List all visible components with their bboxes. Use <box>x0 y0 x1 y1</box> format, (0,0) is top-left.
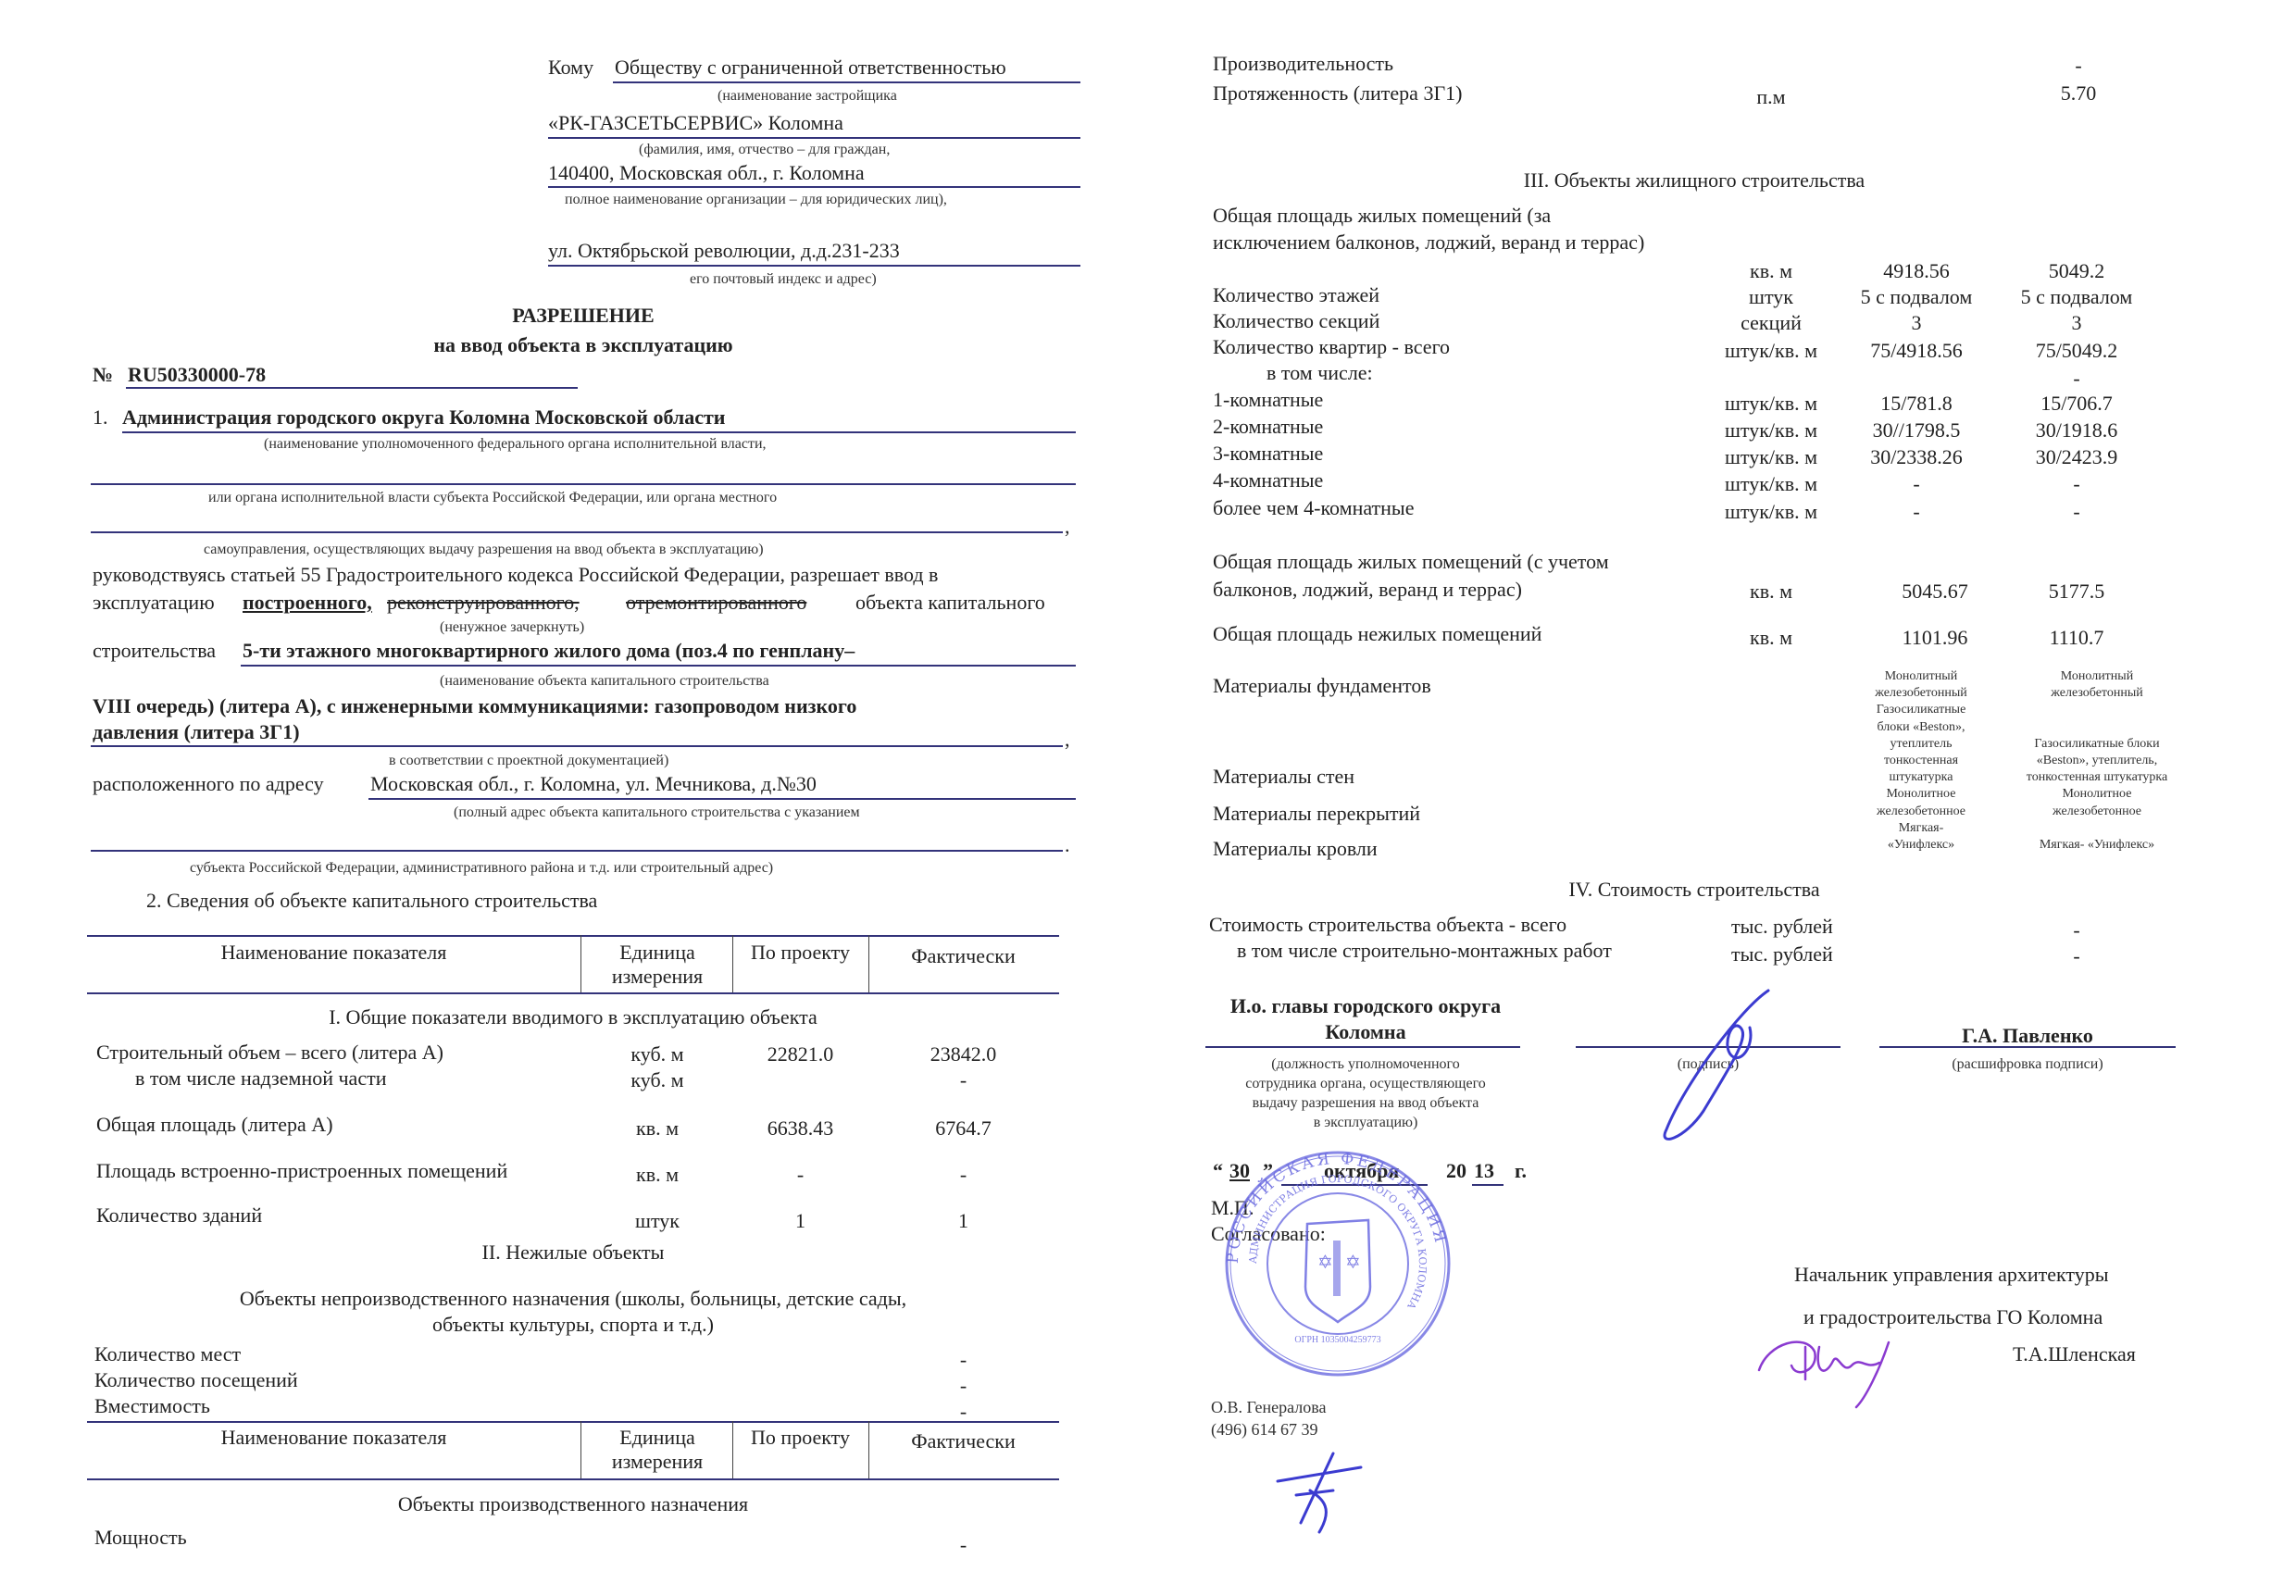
hint-object: (наименование объекта капитального строи… <box>440 672 769 691</box>
part-1-title: I. Общие показатели вводимого в эксплуат… <box>87 1005 1059 1029</box>
material-line: блоки «Beston», <box>1842 719 2000 736</box>
option-built: построенного, <box>243 591 372 615</box>
col-header-unit: Единица измерения <box>593 941 722 989</box>
materials-foundation: Материалы фундаментов <box>1213 674 1431 698</box>
col-header-unit-2: Единица измерения <box>593 1426 722 1474</box>
material-line: «Унифлекс» <box>1842 837 2000 854</box>
permit-number: RU50330000-78 <box>128 363 266 387</box>
nonprod-title-2: объекты культуры, спорта и т.д.) <box>87 1313 1059 1337</box>
paragraph-line-2-suffix: объекта капитального <box>855 591 1045 615</box>
col-header-actual: Фактически <box>868 944 1058 968</box>
signer-position-hint-3: выдачу разрешения на ввод объекта <box>1204 1094 1528 1113</box>
signer-position-hint-1: (должность уполномоченного <box>1204 1055 1528 1074</box>
col-header-name: Наименование показателя <box>87 941 580 965</box>
materials-walls: Материалы стен <box>1213 765 1354 789</box>
approver-title-1: Начальник управления архитектуры <box>1794 1263 2109 1287</box>
signer-position-2: Коломна <box>1204 1020 1528 1044</box>
object-name-line-2: VIII очередь) (литера А), с инженерными … <box>93 694 856 718</box>
material-line: Мягкая- <box>1842 820 2000 837</box>
hint-address-1: (полный адрес объекта капитального строи… <box>454 804 860 822</box>
hint-authority-c: самоуправления, осуществляющих выдачу ра… <box>204 541 764 559</box>
option-repaired: отремонтированного <box>626 591 806 615</box>
hint-org-name: полное наименование организации – для юр… <box>565 191 947 209</box>
signature-mark-icon <box>1629 972 1815 1148</box>
contact-name: О.В. Генералова <box>1211 1398 1327 1416</box>
material-line: тонкостенная штукатурка <box>2004 769 2190 786</box>
hint-postal: его почтовый индекс и адрес) <box>690 270 877 289</box>
materials-roof: Материалы кровли <box>1213 837 1378 861</box>
material-line: штукатурка <box>1842 769 2000 786</box>
address-prefix: расположенного по адресу <box>93 772 324 796</box>
object-address: Московская обл., г. Коломна, ул. Мечнико… <box>370 772 817 796</box>
svg-text:✡: ✡ <box>1317 1253 1333 1273</box>
material-line: утеплитель <box>1842 736 2000 753</box>
hint-fio: (фамилия, имя, отчество – для граждан, <box>639 141 890 159</box>
signer-position-hint-2: сотрудника органа, осуществляющего <box>1204 1075 1528 1093</box>
object-name-line-1: 5-ти этажного многоквартирного жилого до… <box>243 639 855 663</box>
svg-text:✡: ✡ <box>1345 1253 1361 1273</box>
hint-authority-a: (наименование уполномоченного федерально… <box>264 435 767 454</box>
material-line: Монолитное <box>1842 786 2000 803</box>
to-label: Кому <box>548 56 593 80</box>
right-page: Производительность - Протяженность (лите… <box>1148 0 2296 1596</box>
signer-name: Г.А. Павленко <box>1879 1024 2176 1048</box>
material-line: Монолитное <box>2004 786 2190 803</box>
material-line: железобетонный <box>1842 685 2000 702</box>
document-subtitle: на ввод объекта в эксплуатацию <box>306 333 861 357</box>
permit-number-label: № <box>93 363 113 387</box>
col-header-project: По проекту <box>732 941 868 965</box>
approver-name: Т.А.Шленская <box>2013 1342 2136 1366</box>
left-page: Кому Обществу с ограниченной ответственн… <box>0 0 1139 1596</box>
nonprod-title-1: Объекты непроизводственного назначения (… <box>87 1287 1059 1311</box>
signer-position-hint-4: в эксплуатацию) <box>1204 1114 1528 1132</box>
material-line: Газосиликатные <box>1842 702 2000 718</box>
initials-mark-icon <box>1268 1444 1379 1546</box>
material-line: Газосиликатные блоки <box>2004 736 2190 753</box>
section-2-title: 2. Сведения об объекте капитального стро… <box>146 889 597 913</box>
material-line: Мягкая- «Унифлекс» <box>2004 837 2190 854</box>
material-line: железобетонный <box>2004 685 2190 702</box>
issuing-authority: Администрация городского округа Коломна … <box>122 405 725 430</box>
paragraph-line-1: руководствуясь статьей 55 Градостроитель… <box>93 563 938 587</box>
paragraph-line-2-prefix: эксплуатацию <box>93 591 215 615</box>
hint-project-docs: в соответствии с проектной документацией… <box>389 752 668 770</box>
signer-name-hint: (расшифровка подписи) <box>1879 1055 2176 1074</box>
part-3-title: III. Объекты жилищного строительства <box>1204 168 2185 193</box>
svg-text:ОГРН 1035004259773: ОГРН 1035004259773 <box>1294 1335 1380 1345</box>
approver-signature-icon <box>1750 1315 1963 1416</box>
addressee-line-3: 140400, Московская обл., г. Коломна <box>548 161 865 185</box>
date-suffix: г. <box>1515 1159 1527 1183</box>
part-2-title: II. Нежилые объекты <box>87 1241 1059 1265</box>
hint-strike: (ненужное зачеркнуть) <box>440 618 584 637</box>
section-1-number: 1. <box>93 405 108 430</box>
hint-developer: (наименование застройщика <box>717 87 897 106</box>
material-line: тонкостенная <box>1842 753 2000 769</box>
addressee-line-1: Обществу с ограниченной ответственностью <box>615 56 1006 80</box>
date-year: 13 <box>1474 1159 1494 1183</box>
object-name-line-3: давления (литера 3Г1) <box>93 720 300 744</box>
material-line: железобетонное <box>1842 804 2000 820</box>
material-line: Монолитный <box>2004 668 2190 685</box>
signer-position-1: И.о. главы городского округа <box>1204 994 1528 1018</box>
hint-authority-b: или органа исполнительной власти субъект… <box>208 489 777 507</box>
document-title: РАЗРЕШЕНИЕ <box>398 304 768 328</box>
hint-address-2: субъекта Российской Федерации, администр… <box>190 859 773 878</box>
materials-floors: Материалы перекрытий <box>1213 802 1420 826</box>
prod-title: Объекты производственного назначения <box>87 1492 1059 1516</box>
part-4-title: IV. Стоимость строительства <box>1204 878 2185 902</box>
col-header-project-2: По проекту <box>732 1426 868 1450</box>
official-seal-icon: РОССИЙСКАЯ ФЕДЕРАЦИЯ АДМИНИСТРАЦИЯ ГОРОД… <box>1222 1148 1454 1379</box>
option-reconstructed: реконструированного, <box>387 591 580 615</box>
object-prefix: строительства <box>93 639 216 663</box>
contact-phone: (496) 614 67 39 <box>1211 1420 1318 1439</box>
addressee-line-4: ул. Октябрьской революции, д.д.231-233 <box>548 239 900 263</box>
col-header-actual-2: Фактически <box>868 1429 1058 1453</box>
material-line: «Beston», утеплитель, <box>2004 753 2190 769</box>
material-line: железобетонное <box>2004 804 2190 820</box>
material-line: Монолитный <box>1842 668 2000 685</box>
col-header-name-2: Наименование показателя <box>87 1426 580 1450</box>
addressee-line-2: «РК-ГАЗСЕТЬСЕРВИС» Коломна <box>548 111 843 135</box>
